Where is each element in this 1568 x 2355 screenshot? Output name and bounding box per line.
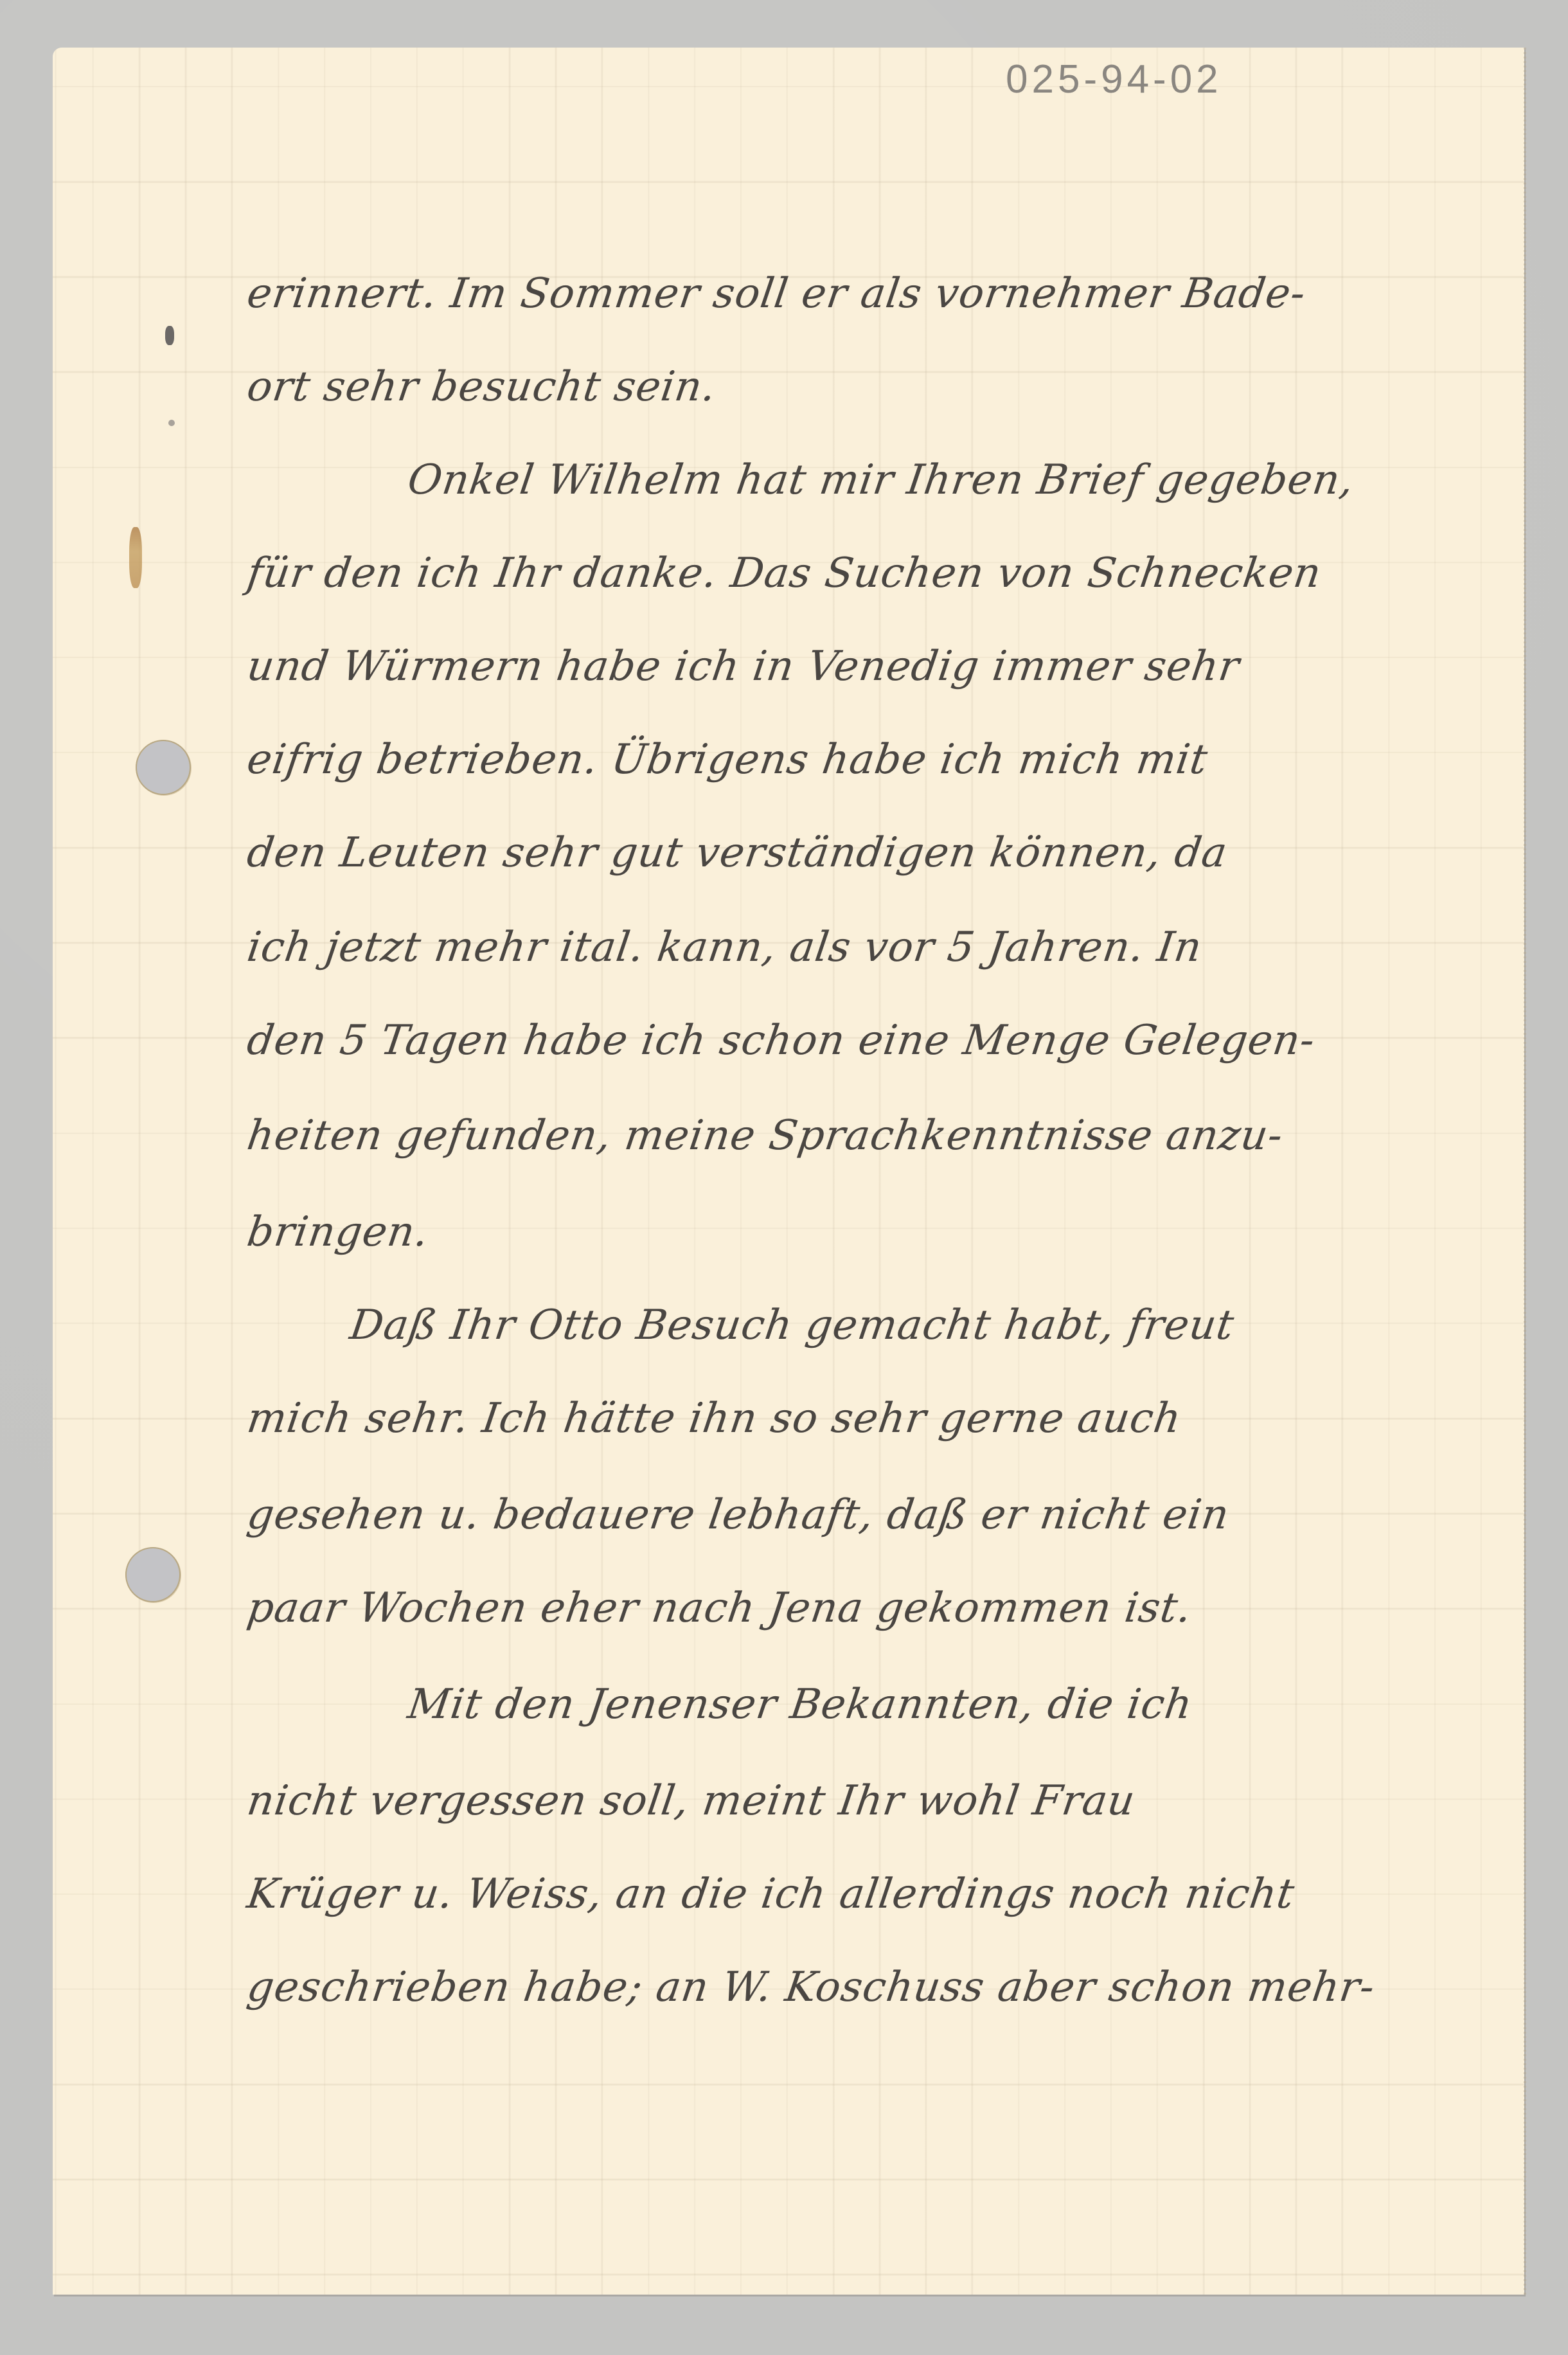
punch-hole-bottom xyxy=(125,1547,181,1602)
handwritten-line: ich jetzt mehr ital. kann, als vor 5 Jah… xyxy=(244,924,1205,971)
handwritten-line: Daß Ihr Otto Besuch gemacht habt, freut xyxy=(347,1302,1237,1349)
punch-hole-top xyxy=(136,740,191,795)
handwritten-line: Krüger u. Weiss, an die ich allerdings n… xyxy=(244,1870,1297,1918)
rust-stain xyxy=(129,527,142,588)
handwritten-line: Onkel Wilhelm hat mir Ihren Brief gegebe… xyxy=(405,456,1357,504)
ink-dot xyxy=(168,420,175,426)
handwritten-line: mich sehr. Ich hätte ihn so sehr gerne a… xyxy=(244,1395,1184,1442)
handwritten-line: und Würmern habe ich in Venedig immer se… xyxy=(244,643,1243,690)
handwritten-line: ort sehr besucht sein. xyxy=(244,363,719,411)
handwritten-line: erinnert. Im Sommer soll er als vornehme… xyxy=(244,270,1309,318)
handwritten-line: den Leuten sehr gut verständigen können,… xyxy=(244,829,1231,877)
handwritten-line: gesehen u. bedauere lebhaft, daß er nich… xyxy=(244,1491,1233,1539)
handwritten-line: bringen. xyxy=(244,1208,432,1256)
handwritten-line: heiten gefunden, meine Sprachkenntnisse … xyxy=(244,1112,1286,1160)
handwritten-line: eifrig betrieben. Übrigens habe ich mich… xyxy=(244,736,1211,784)
handwritten-line: paar Wochen eher nach Jena gekommen ist. xyxy=(244,1584,1195,1632)
handwritten-line: den 5 Tagen habe ich schon eine Menge Ge… xyxy=(244,1017,1318,1064)
handwritten-line: geschrieben habe; an W. Koschuss aber sc… xyxy=(244,1964,1378,2011)
catalog-number: 025-94-02 xyxy=(1006,57,1222,102)
handwritten-line: für den ich Ihr danke. Das Suchen von Sc… xyxy=(244,550,1324,597)
handwritten-line: nicht vergessen soll, meint Ihr wohl Fra… xyxy=(244,1777,1138,1825)
handwritten-line: Mit den Jenenser Bekannten, die ich xyxy=(405,1681,1195,1728)
ink-mark xyxy=(165,326,174,345)
